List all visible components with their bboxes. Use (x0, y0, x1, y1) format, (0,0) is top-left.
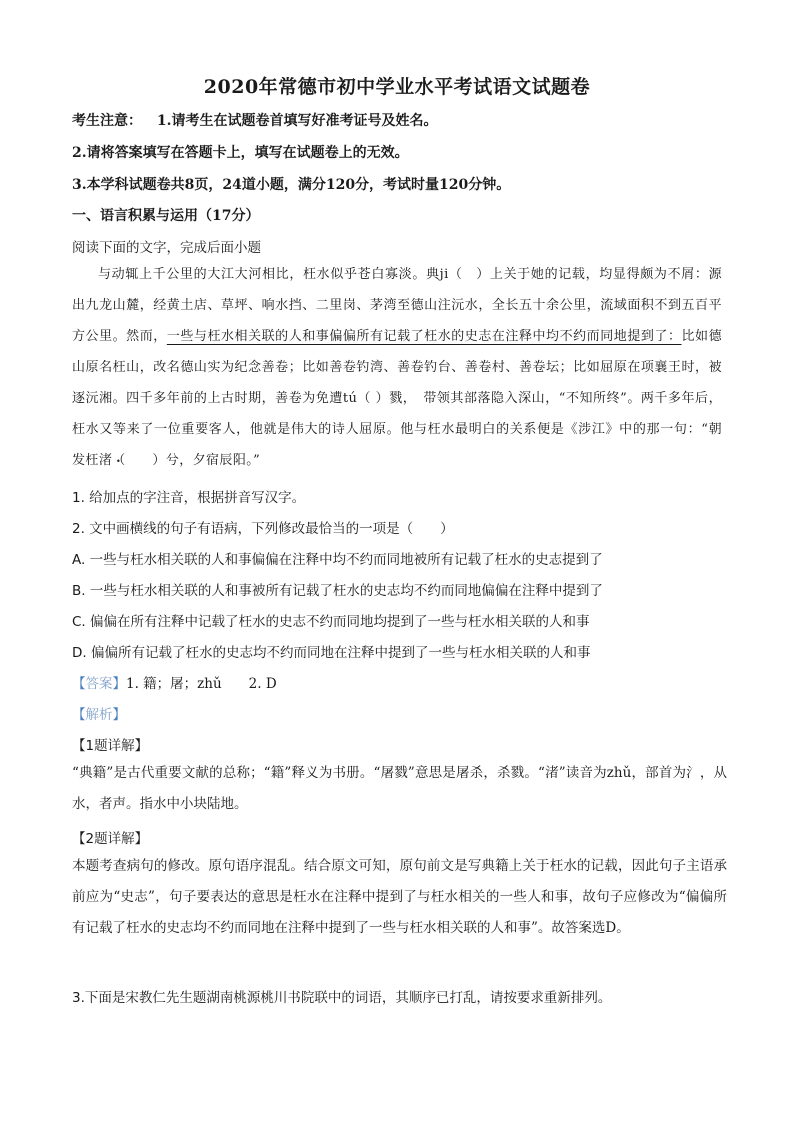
question-3: 3.下面是宋教仁先生题湖南桃源桃川书院联中的词语，其顺序已打乱，请按要求重新排列… (72, 986, 611, 1006)
notice-line-1: 考生注意： 1.请考生在试题卷首填写好准考证号及姓名。 (72, 110, 438, 130)
q1-detail-heading: 【1题详解】 (72, 734, 148, 754)
instruction-text: 阅读下面的文字，完成后面小题 (72, 236, 261, 256)
answer-label: 【答案】 (72, 676, 126, 692)
option-b: B. 一些与枉水相关联的人和事被所有记载了枉水的史志均不约而同地偏偏在注释中提到… (72, 579, 603, 599)
passage-text: （ ）兮，夕宿辰阳。” (112, 453, 260, 468)
notice-item: 3.本学科试题卷共8页，24道小题，满分120分，考试时量120分钟。 (72, 174, 510, 194)
option-c: C. 偏偏在所有注释中记载了枉水的史志不约而同地均提到了一些与枉水相关联的人和事 (72, 610, 590, 630)
underlined-sentence: 一些与枉水相关联的人和事偏偏所有记载了枉水的史志在注释中均不约而同地提到了： (167, 329, 682, 344)
answer-line: 【答案】1. 籍；屠；zhǔ 2. D (72, 672, 277, 692)
q2-detail-heading: 【2题详解】 (72, 827, 148, 847)
question-2: 2. 文中画横线的句子有语病，下列修改最恰当的一项是（ ） (72, 517, 454, 537)
notice-item: 2.请将答案填写在答题卡上，填写在试题卷上的无效。 (72, 142, 409, 162)
option-d: D. 偏偏所有记载了枉水的史志均不约而同地在注释中提到了一些与枉水相关联的人和事 (72, 641, 590, 661)
question-1: 1. 给加点的字注音，根据拼音写汉字。 (72, 486, 305, 506)
option-a: A. 一些与枉水相关联的人和事偏偏在注释中均不约而同地被所有记载了枉水的史志提到… (72, 548, 603, 568)
document-title: 2020年常德市初中学业水平考试语文试题卷 (72, 72, 722, 99)
reading-passage: 与动辄上千公里的大江大河相比，枉水似乎苍白寡淡。典ji（ ）上关于她的记载，均显… (72, 259, 722, 476)
notice-item: 1.请考生在试题卷首填写好准考证号及姓名。 (157, 113, 438, 129)
dotted-character: 渚 (99, 453, 112, 468)
passage-text: 比如德山原名枉山，改名德山实为纪念善卷；比如善卷钓湾、善卷钓台、善卷村、善卷坛；… (72, 329, 722, 468)
notice-label: 考生注意： (72, 113, 142, 129)
analysis-label: 【解析】 (72, 707, 126, 723)
analysis-label-line: 【解析】 (72, 703, 126, 723)
q2-detail-text: 本题考查病句的修改。原句语序混乱。结合原文可知，原句前文是写典籍上关于枉水的记载… (72, 851, 727, 944)
q1-detail-text: “典籍”是古代重要文献的总称；“籍”释义为书册。“屠戮”意思是屠杀，杀戮。“渚”… (72, 758, 727, 820)
section-heading: 一、语言积累与运用（17分） (72, 205, 259, 225)
answer-text: 1. 籍；屠；zhǔ 2. D (126, 676, 277, 692)
